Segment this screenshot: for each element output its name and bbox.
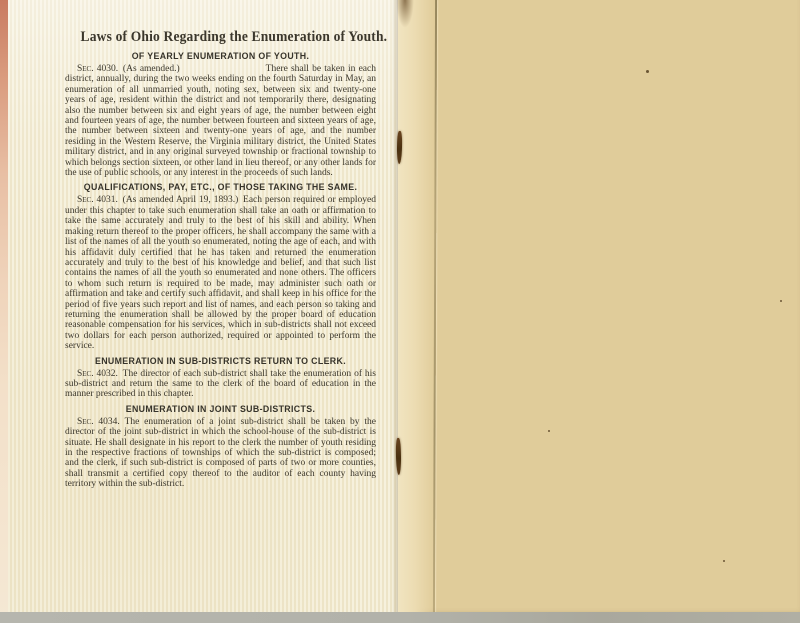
paper-speck: [723, 560, 725, 562]
gutter-fold-shadow: [396, 0, 414, 28]
paper-speck: [548, 430, 550, 432]
paragraph: Sec. 4032. The director of each sub-dist…: [65, 369, 376, 400]
section-number: Sec. 4031.: [77, 195, 118, 205]
section-number: Sec. 4034.: [77, 417, 120, 427]
paragraph: Sec. 4030. (As amended.)There shall be t…: [65, 64, 376, 178]
fold-highlight: [398, 0, 435, 616]
section-heading: OF YEARLY ENUMERATION OF YOUTH.: [65, 51, 376, 62]
left-page: Laws of Ohio Regarding the Enumeration o…: [8, 0, 398, 613]
section-heading: ENUMERATION IN JOINT SUB-DISTRICTS.: [65, 404, 376, 415]
paper-speck: [780, 300, 782, 302]
section-number: Sec. 4030.: [77, 64, 118, 74]
paragraph: Sec. 4034. The enumeration of a joint su…: [65, 417, 376, 490]
section-number: Sec. 4032.: [77, 369, 118, 379]
sections-container: OF YEARLY ENUMERATION OF YOUTH.Sec. 4030…: [65, 51, 376, 490]
page-bottom-shadow: [0, 612, 800, 623]
paragraph: Sec. 4031. (As amended April 19, 1893.) …: [65, 195, 376, 351]
page-title: Laws of Ohio Regarding the Enumeration o…: [81, 28, 361, 47]
book-scan: Laws of Ohio Regarding the Enumeration o…: [0, 0, 800, 623]
paper-speck: [646, 70, 649, 73]
cover-edge: [0, 0, 8, 623]
page-text: Laws of Ohio Regarding the Enumeration o…: [65, 28, 376, 492]
section-heading: ENUMERATION IN SUB-DISTRICTS RETURN TO C…: [65, 356, 376, 367]
right-page: [398, 0, 800, 616]
section-heading: QUALIFICATIONS, PAY, ETC., OF THOSE TAKI…: [65, 182, 376, 193]
stitch-thread: [396, 438, 402, 475]
